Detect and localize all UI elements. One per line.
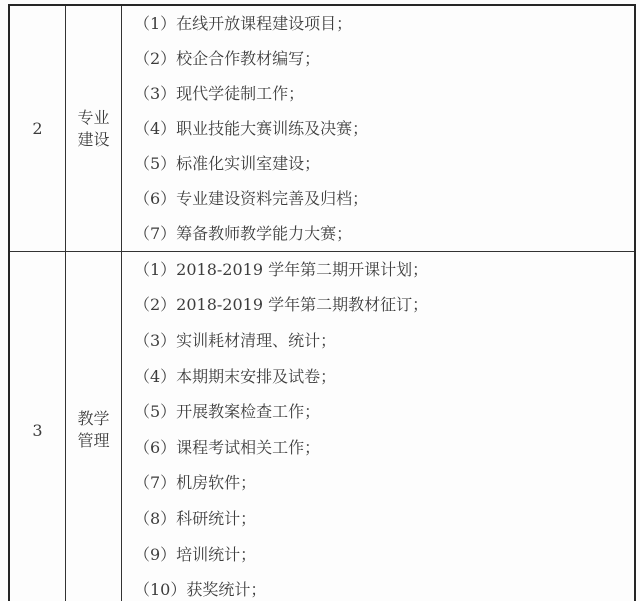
category-label: 教学管理 [78,408,110,452]
task-item: （1）2018-2019 学年第二期开课计划； [134,259,628,281]
work-plan-table: 2 专业建设 （1）在线开放课程建设项目； （2）校企合作教材编写； （3）现代… [8,4,636,601]
task-item: （8）科研统计； [134,508,628,530]
task-item: （7）机房软件； [134,472,628,494]
task-item: （4）本期期末安排及试卷； [134,366,628,388]
table-row: 2 专业建设 （1）在线开放课程建设项目； （2）校企合作教材编写； （3）现代… [10,6,634,252]
task-item: （2）2018-2019 学年第二期教材征订； [134,294,628,316]
task-item: （1）在线开放课程建设项目； [134,13,628,35]
task-item: （3）现代学徒制工作； [134,83,628,105]
task-item: （2）校企合作教材编写； [134,48,628,70]
task-item: （10）获奖统计； [134,579,628,601]
task-list: （1）2018-2019 学年第二期开课计划； （2）2018-2019 学年第… [122,252,634,601]
category-cell: 专业建设 [66,6,122,251]
task-item: （7）筹备教师教学能力大赛； [134,223,628,245]
row-number: 2 [32,119,42,138]
row-number-cell: 2 [10,6,66,251]
task-item: （4）职业技能大赛训练及决赛； [134,118,628,140]
task-item: （6）专业建设资料完善及归档； [134,188,628,210]
category-label: 专业建设 [78,107,110,151]
task-item: （3）实训耗材清理、统计； [134,330,628,352]
task-item: （5）开展教案检查工作； [134,401,628,423]
task-item: （9）培训统计； [134,544,628,566]
task-item: （5）标准化实训室建设； [134,153,628,175]
row-number-cell: 3 [10,252,66,601]
task-list: （1）在线开放课程建设项目； （2）校企合作教材编写； （3）现代学徒制工作； … [122,6,634,251]
task-item: （6）课程考试相关工作； [134,437,628,459]
row-number: 3 [32,421,42,440]
table-row: 3 教学管理 （1）2018-2019 学年第二期开课计划； （2）2018-2… [10,252,634,601]
category-cell: 教学管理 [66,252,122,601]
